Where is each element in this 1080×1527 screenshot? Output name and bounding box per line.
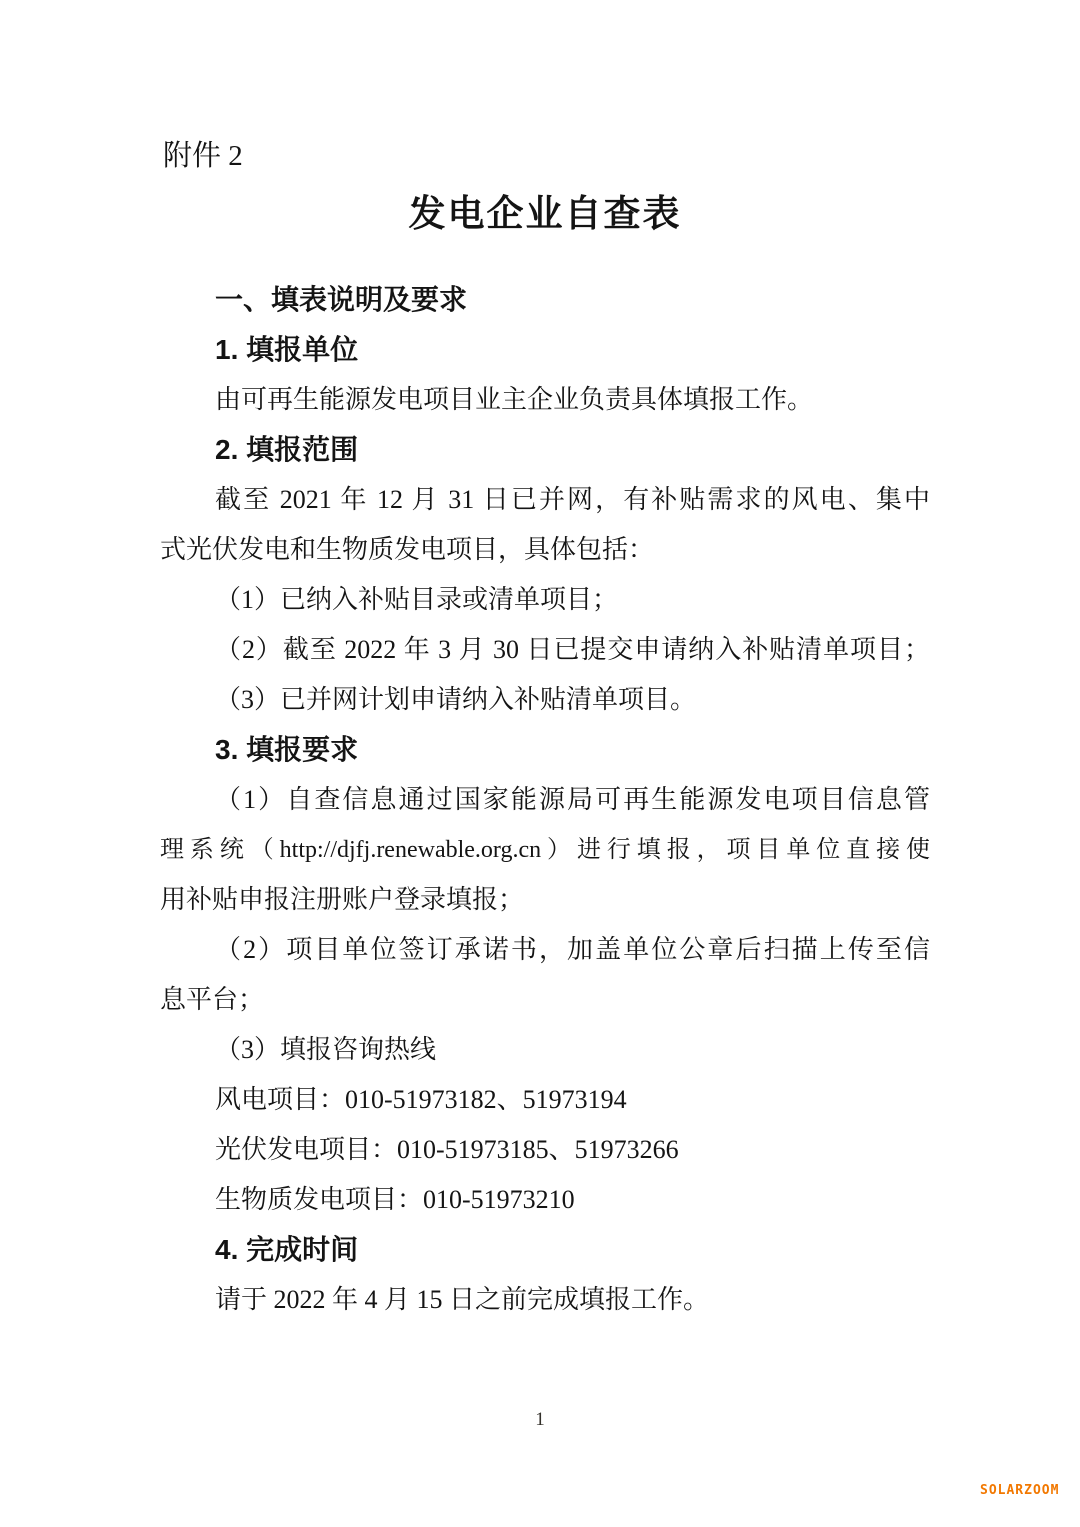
para-requirement-1-line-3: 用补贴申报注册账户登录填报； bbox=[160, 875, 930, 925]
para-requirement-1-line-2: 理系统（http://djfj.renewable.org.cn）进行填报，项目… bbox=[160, 825, 930, 875]
heading-filing-scope: 2. 填报范围 bbox=[160, 425, 930, 475]
attachment-label: 附件 2 bbox=[163, 136, 243, 176]
para-requirement-2-line-1: （2）项目单位签订承诺书，加盖单位公章后扫描上传至信 bbox=[160, 925, 930, 975]
hotline-biomass: 生物质发电项目：010-51973210 bbox=[160, 1175, 930, 1225]
document-page: 附件 2 发电企业自查表 一、填表说明及要求 1. 填报单位 由可再生能源发电项… bbox=[0, 0, 1080, 1527]
hotline-heading: （3）填报咨询热线 bbox=[160, 1025, 930, 1075]
para-filing-unit: 由可再生能源发电项目业主企业负责具体填报工作。 bbox=[160, 375, 930, 425]
para-filing-scope-line-1: 截至 2021 年 12 月 31 日已并网，有补贴需求的风电、集中 bbox=[160, 475, 930, 525]
heading-completion-time: 4. 完成时间 bbox=[160, 1225, 930, 1275]
para-requirement-1-line-1: （1）自查信息通过国家能源局可再生能源发电项目信息管 bbox=[160, 775, 930, 825]
para-filing-scope-line-2: 式光伏发电和生物质发电项目，具体包括： bbox=[160, 525, 930, 575]
section-heading: 一、填表说明及要求 bbox=[160, 275, 930, 325]
list-item-3: （3）已并网计划申请纳入补贴清单项目。 bbox=[160, 675, 930, 725]
heading-filing-requirements: 3. 填报要求 bbox=[160, 725, 930, 775]
para-requirement-2-line-2: 息平台； bbox=[160, 975, 930, 1025]
document-body: 一、填表说明及要求 1. 填报单位 由可再生能源发电项目业主企业负责具体填报工作… bbox=[160, 275, 930, 1325]
list-item-1: （1）已纳入补贴目录或清单项目； bbox=[160, 575, 930, 625]
hotline-wind: 风电项目：010-51973182、51973194 bbox=[160, 1075, 930, 1125]
para-completion-time: 请于 2022 年 4 月 15 日之前完成填报工作。 bbox=[160, 1275, 930, 1325]
hotline-solar: 光伏发电项目：010-51973185、51973266 bbox=[160, 1125, 930, 1175]
page-number: 1 bbox=[0, 1408, 1080, 1432]
solarzoom-watermark: SOLARZOOM bbox=[980, 1483, 1059, 1498]
document-title: 发电企业自查表 bbox=[160, 190, 930, 238]
list-item-2: （2）截至 2022 年 3 月 30 日已提交申请纳入补贴清单项目； bbox=[160, 625, 930, 675]
heading-filing-unit: 1. 填报单位 bbox=[160, 325, 930, 375]
